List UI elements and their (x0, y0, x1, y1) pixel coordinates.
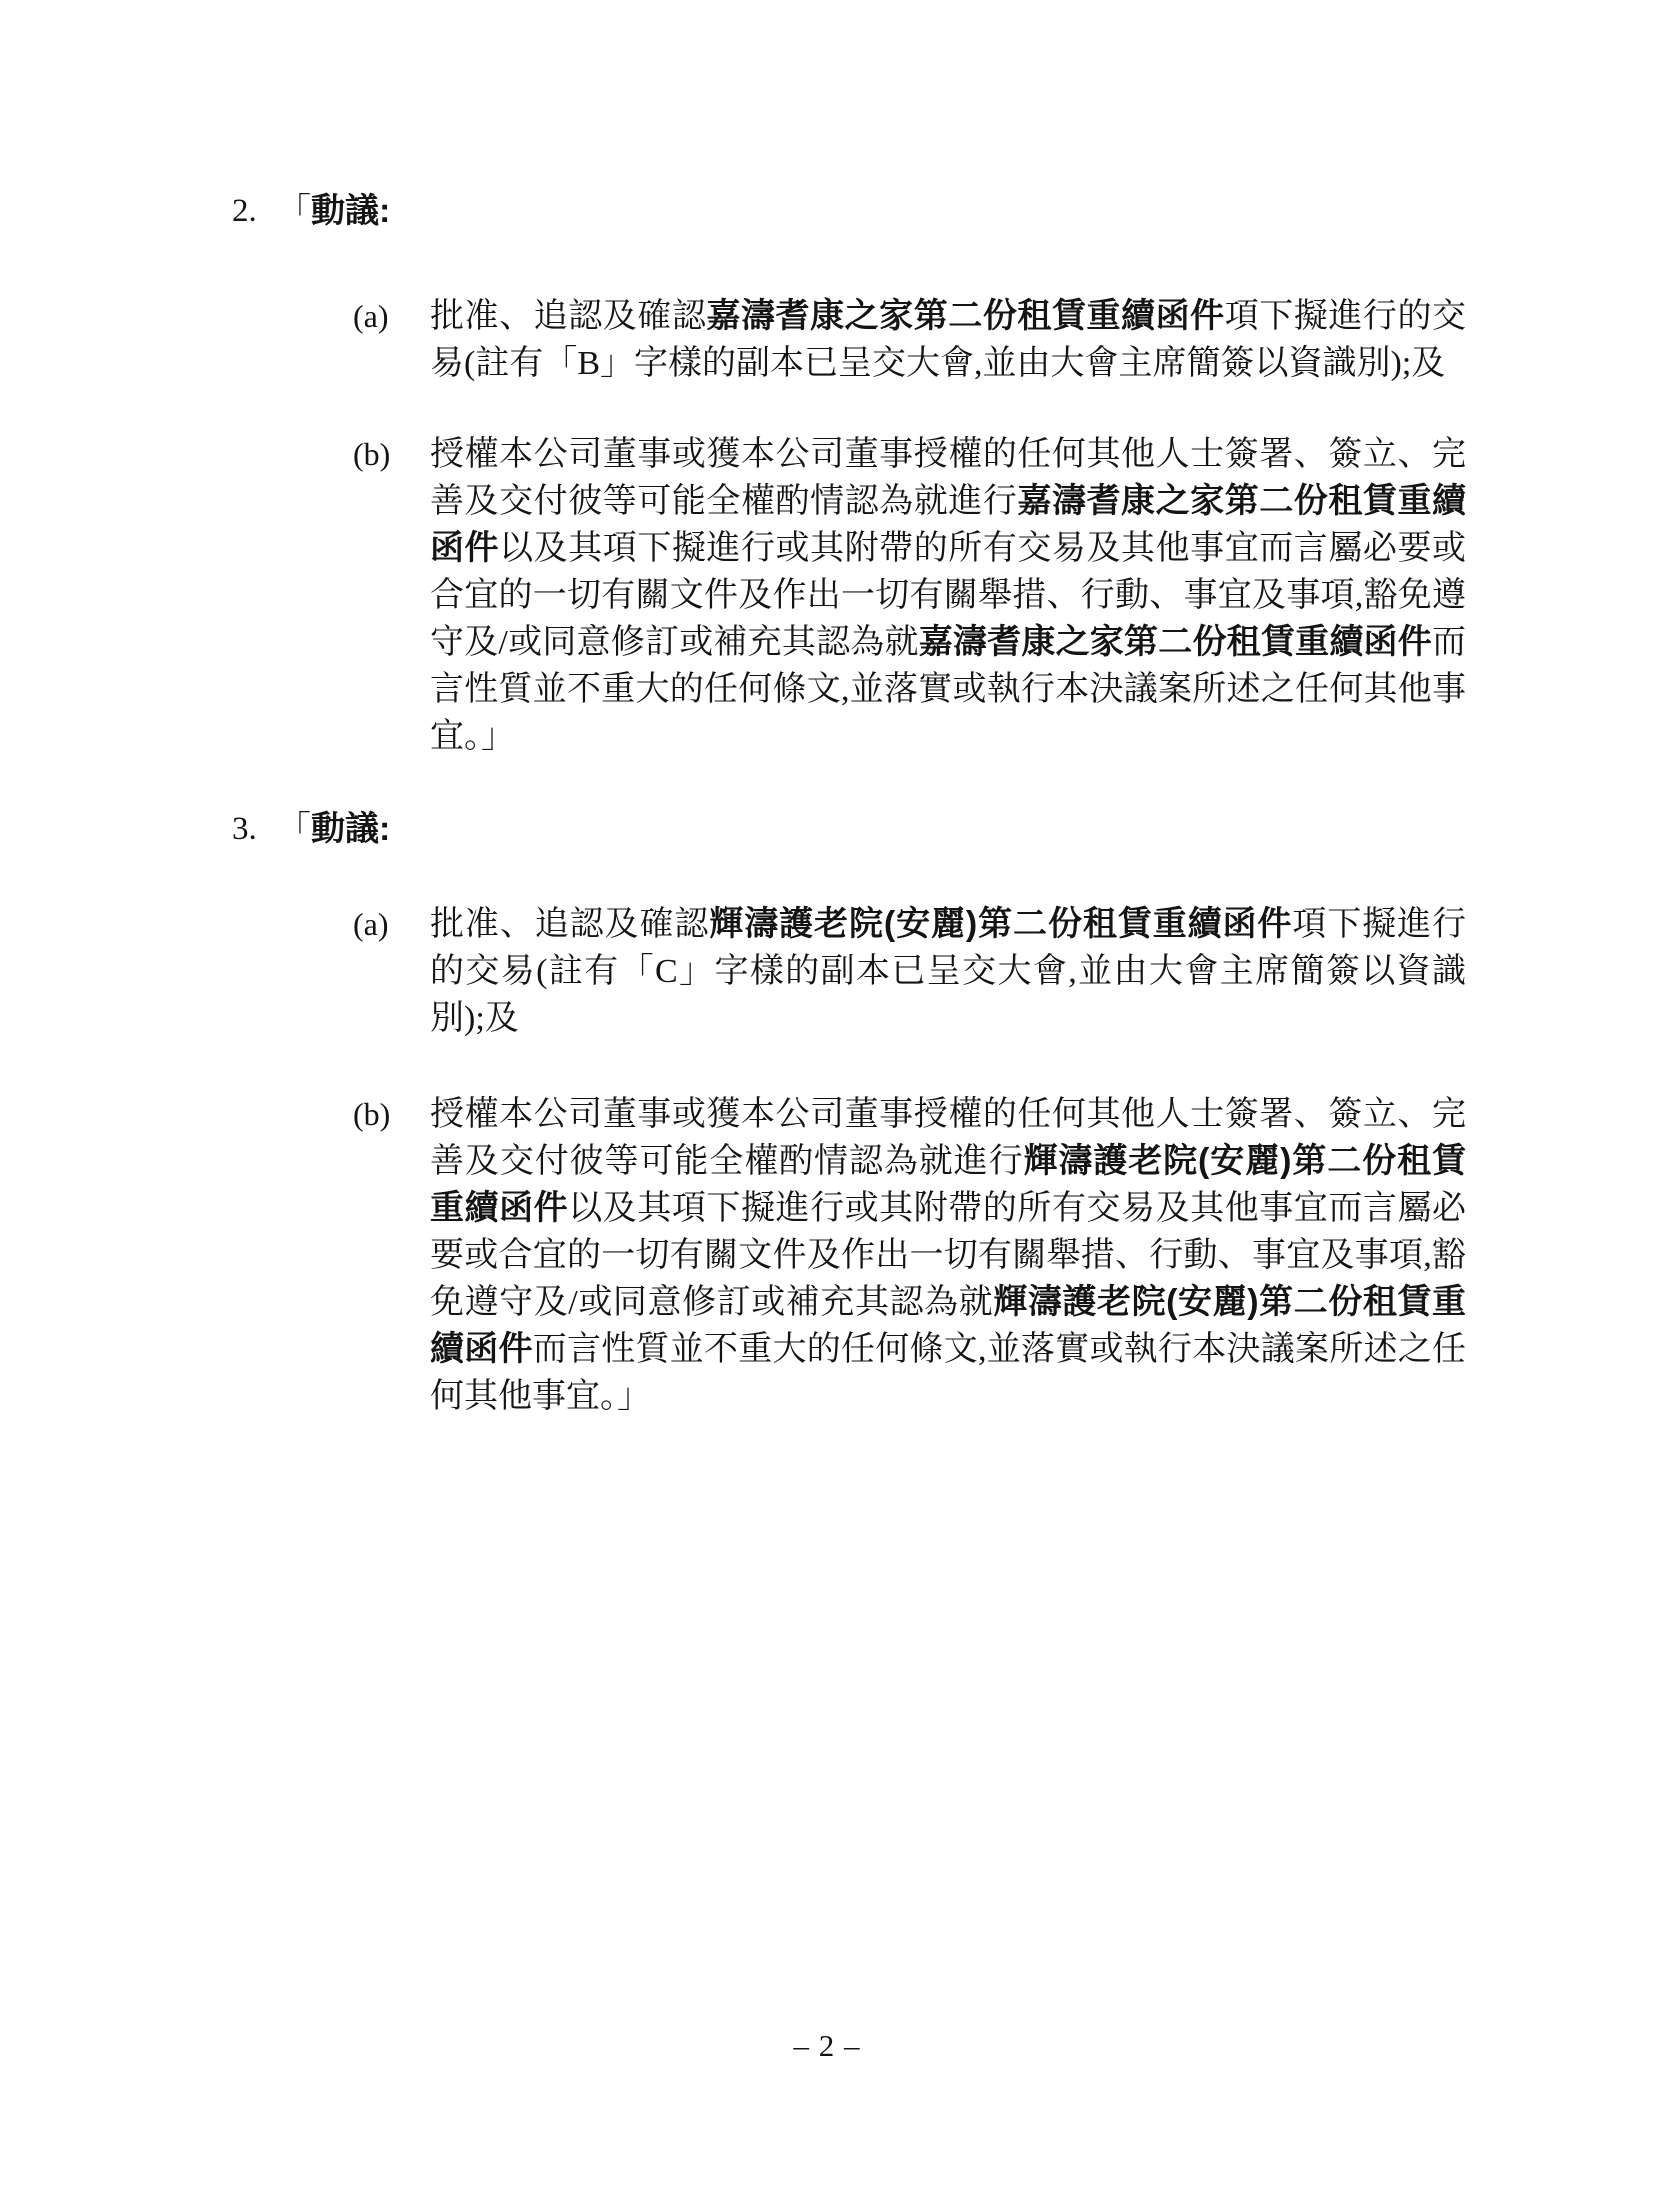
defined-term-text: 嘉濤耆康之家第二份租賃重續函件 (919, 623, 1432, 661)
defined-term-text: 嘉濤耆康之家第二份租賃重續函件 (706, 297, 1224, 335)
body-text: 批准、追認及確認 (430, 906, 709, 943)
defined-term-text: 動議: (311, 192, 390, 230)
item-3a-marker: (a) (353, 901, 423, 948)
item-3b-paragraph: 授權本公司董事或獲本公司董事授權的任何其他人士簽署、簽立、完善及交付彼等可能全權… (430, 1091, 1466, 1420)
document-page: 2. 「動議: (a) 批准、追認及確認嘉濤耆康之家第二份租賃重續函件項下擬進行… (0, 0, 1654, 2205)
item-2-heading: 「動議: (277, 188, 390, 235)
item-3a-paragraph: 批准、追認及確認輝濤護老院(安麗)第二份租賃重續函件項下擬進行的交易(註有「C」… (430, 901, 1466, 1042)
item-3-heading: 「動議: (277, 806, 390, 853)
item-2b-marker: (b) (353, 431, 423, 478)
body-text: 「 (277, 811, 311, 848)
page-number: – 2 – (0, 2026, 1654, 2066)
defined-term-text: 輝濤護老院(安麗)第二份租賃重續函件 (709, 905, 1292, 943)
body-text: 批准、追認及確認 (430, 298, 706, 335)
item-2a-marker: (a) (353, 293, 423, 340)
item-3b-marker: (b) (353, 1091, 423, 1138)
item-2b-paragraph: 授權本公司董事或獲本公司董事授權的任何其他人士簽署、簽立、完善及交付彼等可能全權… (430, 431, 1466, 760)
body-text: 「 (277, 193, 311, 230)
defined-term-text: 動議: (311, 810, 390, 848)
item-2a-paragraph: 批准、追認及確認嘉濤耆康之家第二份租賃重續函件項下擬進行的交易(註有「B」字樣的… (430, 293, 1466, 387)
body-text: 而言性質並不重大的任何條文,並落實或執行本決議案所述之任何其他事宜。」 (430, 1331, 1466, 1415)
